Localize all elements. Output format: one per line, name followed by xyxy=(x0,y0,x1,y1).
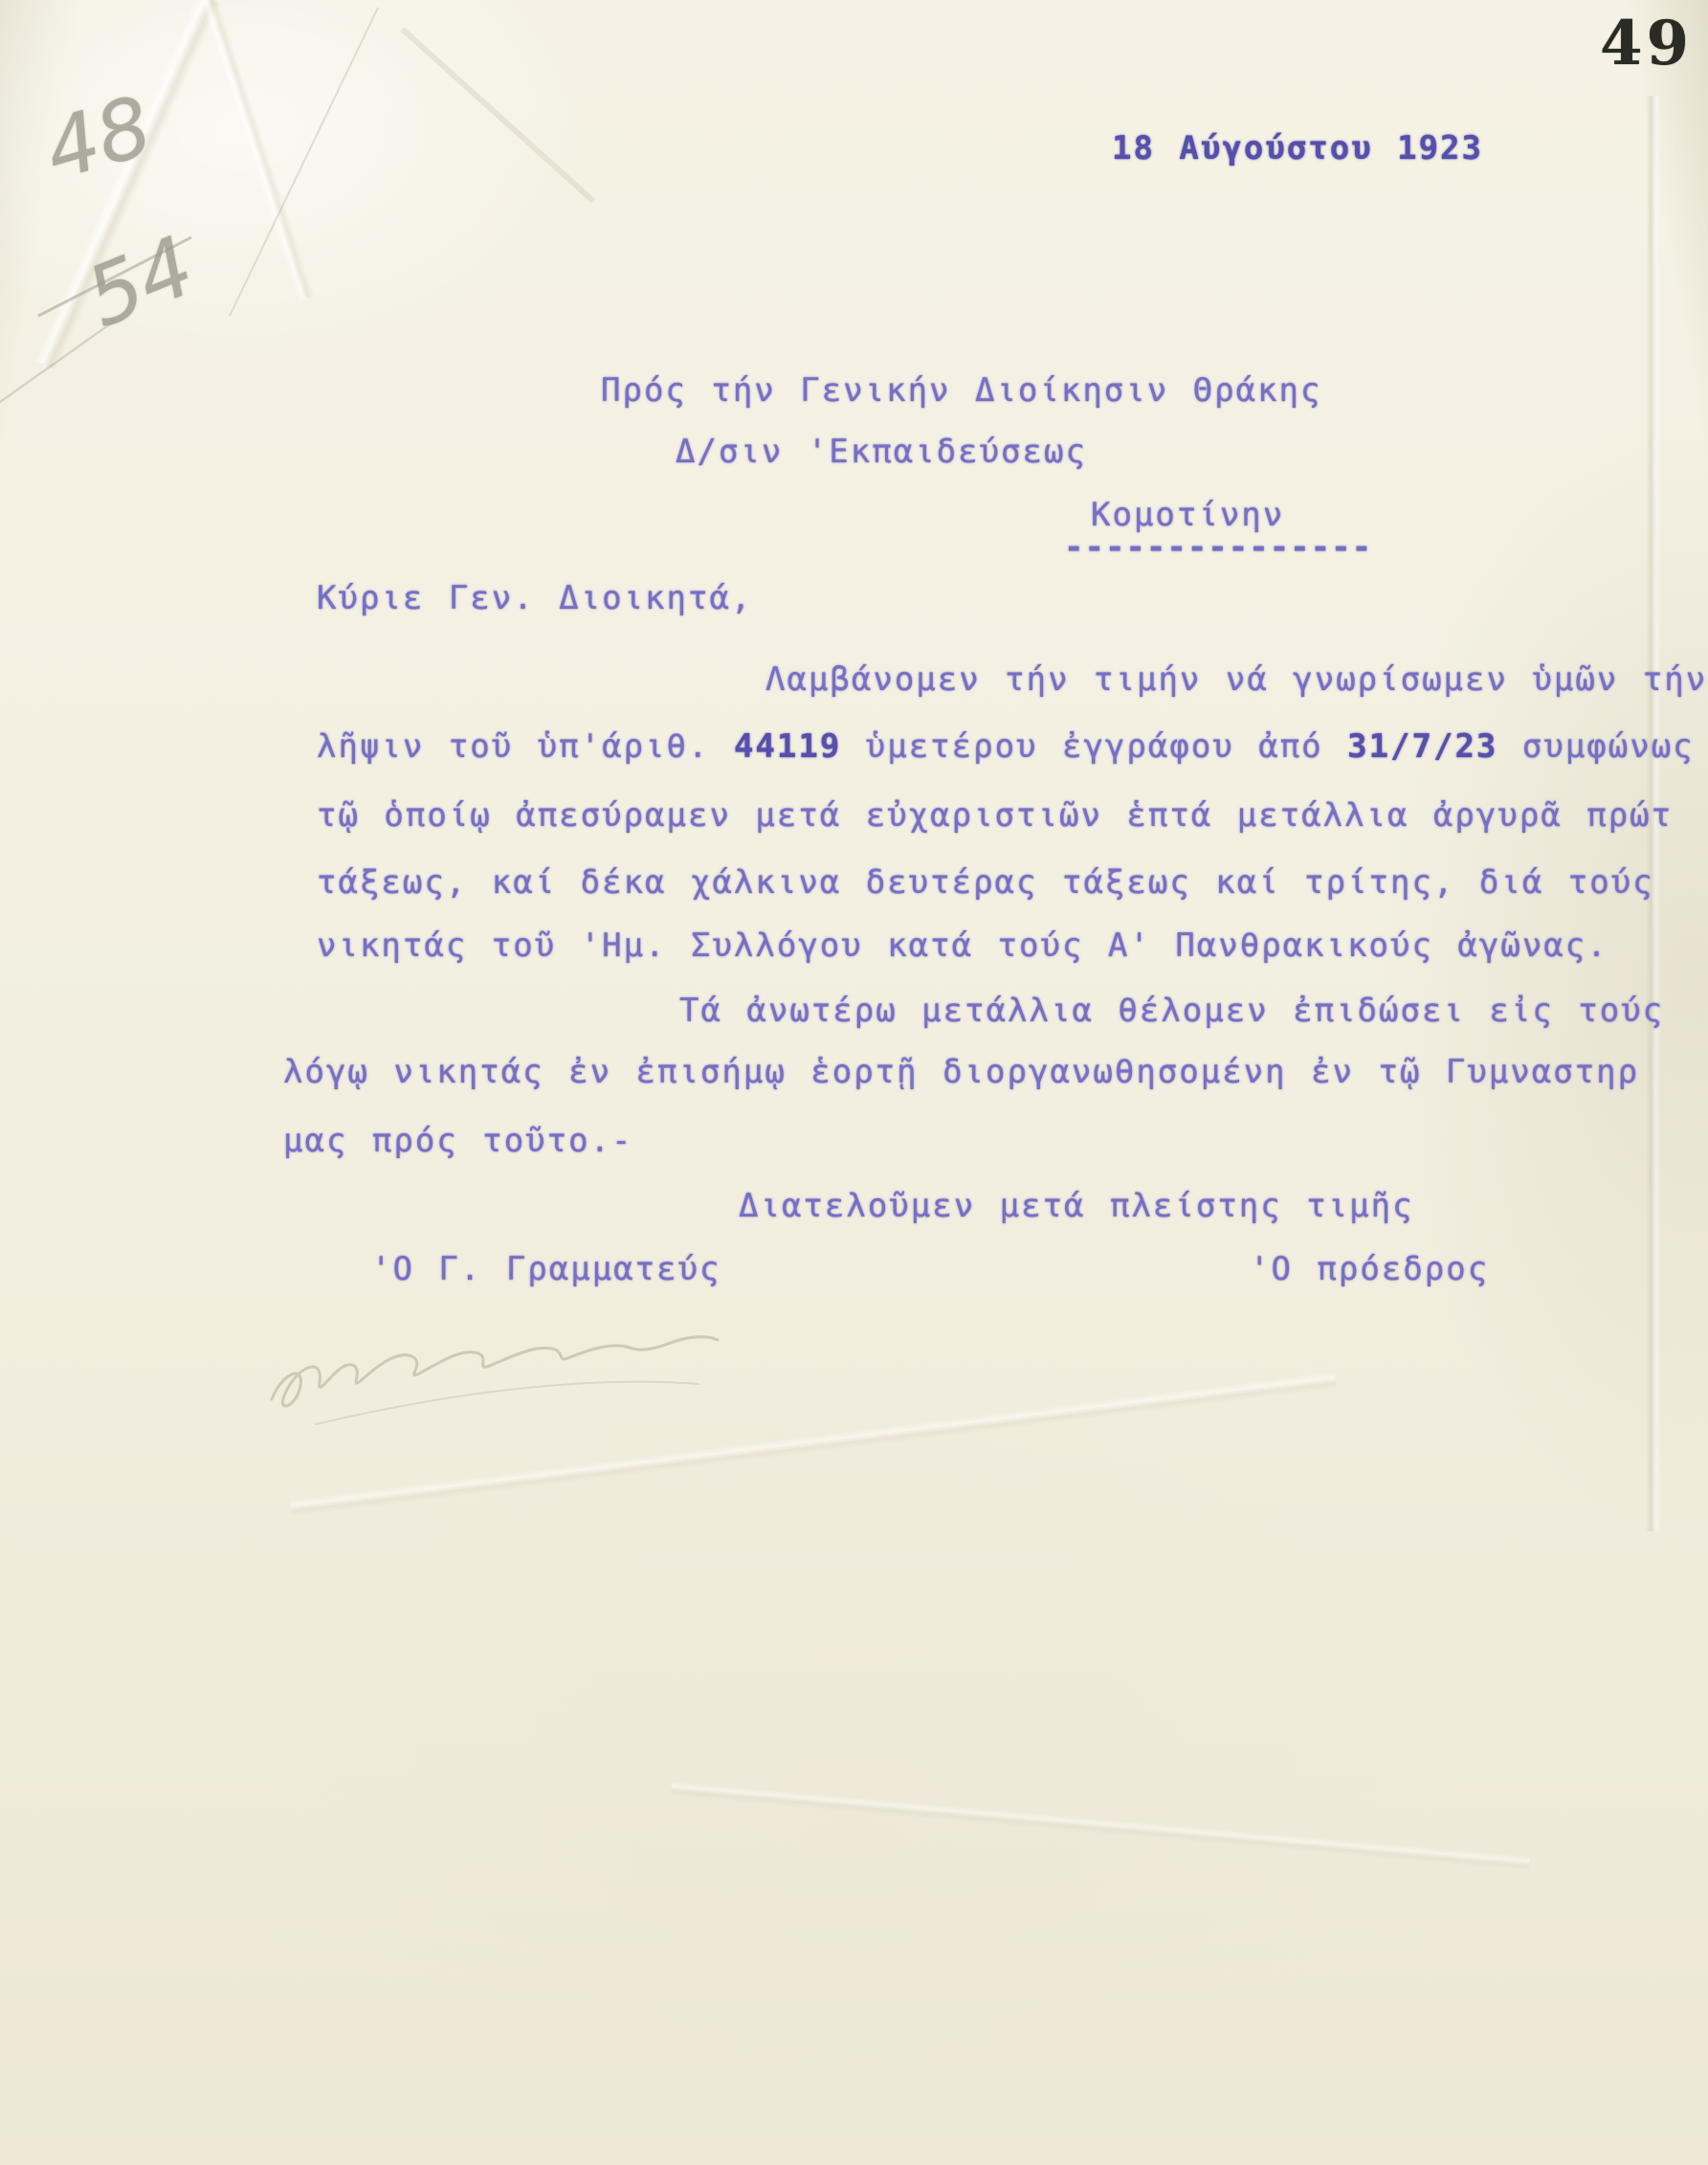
paper-crease xyxy=(290,1372,1337,1517)
archival-mark-top: 48 xyxy=(34,78,162,199)
letter-page: 49 48 54 18 Αύγούστου 1923 Πρός τήν Γενι… xyxy=(0,0,1708,2165)
body-line: μας πρός τοῦτο.- xyxy=(283,1122,633,1160)
reference-date: 31/7/23 xyxy=(1347,727,1497,766)
salutation: Κύριε Γεν. Διοικητά, xyxy=(317,579,752,617)
body-line: λόγῳ νικητάς ἐν ἐπισήμῳ ἑορτῇ διοργανωθη… xyxy=(283,1053,1639,1091)
address-divider: --------------- xyxy=(1064,528,1372,567)
body-segment: συμφώνως xyxy=(1497,727,1694,766)
reference-number: 44119 xyxy=(734,727,841,766)
letter-date: 18 Αύγούστου 1923 xyxy=(1112,129,1483,167)
paper-crease xyxy=(671,1781,1530,1871)
body-line: Τά ἀνωτέρω μετάλλια θέλομεν ἐπιδώσει εἰς… xyxy=(679,992,1664,1030)
signature-title-president: 'Ο πρόεδρος xyxy=(1250,1250,1489,1288)
body-line: τάξεως, καί δέκα χάλκινα δευτέρας τάξεως… xyxy=(317,863,1654,902)
closing-line: Διατελοῦμεν μετά πλείστης τιμῆς xyxy=(739,1187,1414,1225)
body-segment: λῆψιν τοῦ ὑπ'άριθ. xyxy=(317,727,734,766)
address-line-2: Δ/σιν 'Εκπαιδεύσεως xyxy=(676,433,1087,471)
signature-title-secretary: 'Ο Γ. Γραμματεύς xyxy=(371,1250,721,1288)
body-line: τῷ ὁποίῳ ἀπεσύραμεν μετά εὐχαριστιῶν ἑπτ… xyxy=(317,796,1673,835)
page-number: 49 xyxy=(1600,8,1693,79)
archival-mark-bottom: 54 xyxy=(74,218,207,346)
address-line-1: Πρός τήν Γενικήν Διοίκησιν Θράκης xyxy=(601,371,1322,410)
paper-crease xyxy=(200,0,314,301)
body-line: λῆψιν τοῦ ὑπ'άριθ. 44119 ὑμετέρου ἐγγράφ… xyxy=(317,727,1695,766)
handwritten-signature xyxy=(258,1302,813,1445)
body-segment: ὑμετέρου ἐγγράφου ἀπό xyxy=(841,727,1347,766)
body-line: νικητάς τοῦ 'Ημ. Συλλόγου κατά τούς Α' Π… xyxy=(317,926,1608,965)
body-line: Λαμβάνομεν τήν τιμήν νά γνωρίσωμεν ὑμῶν … xyxy=(765,660,1707,699)
